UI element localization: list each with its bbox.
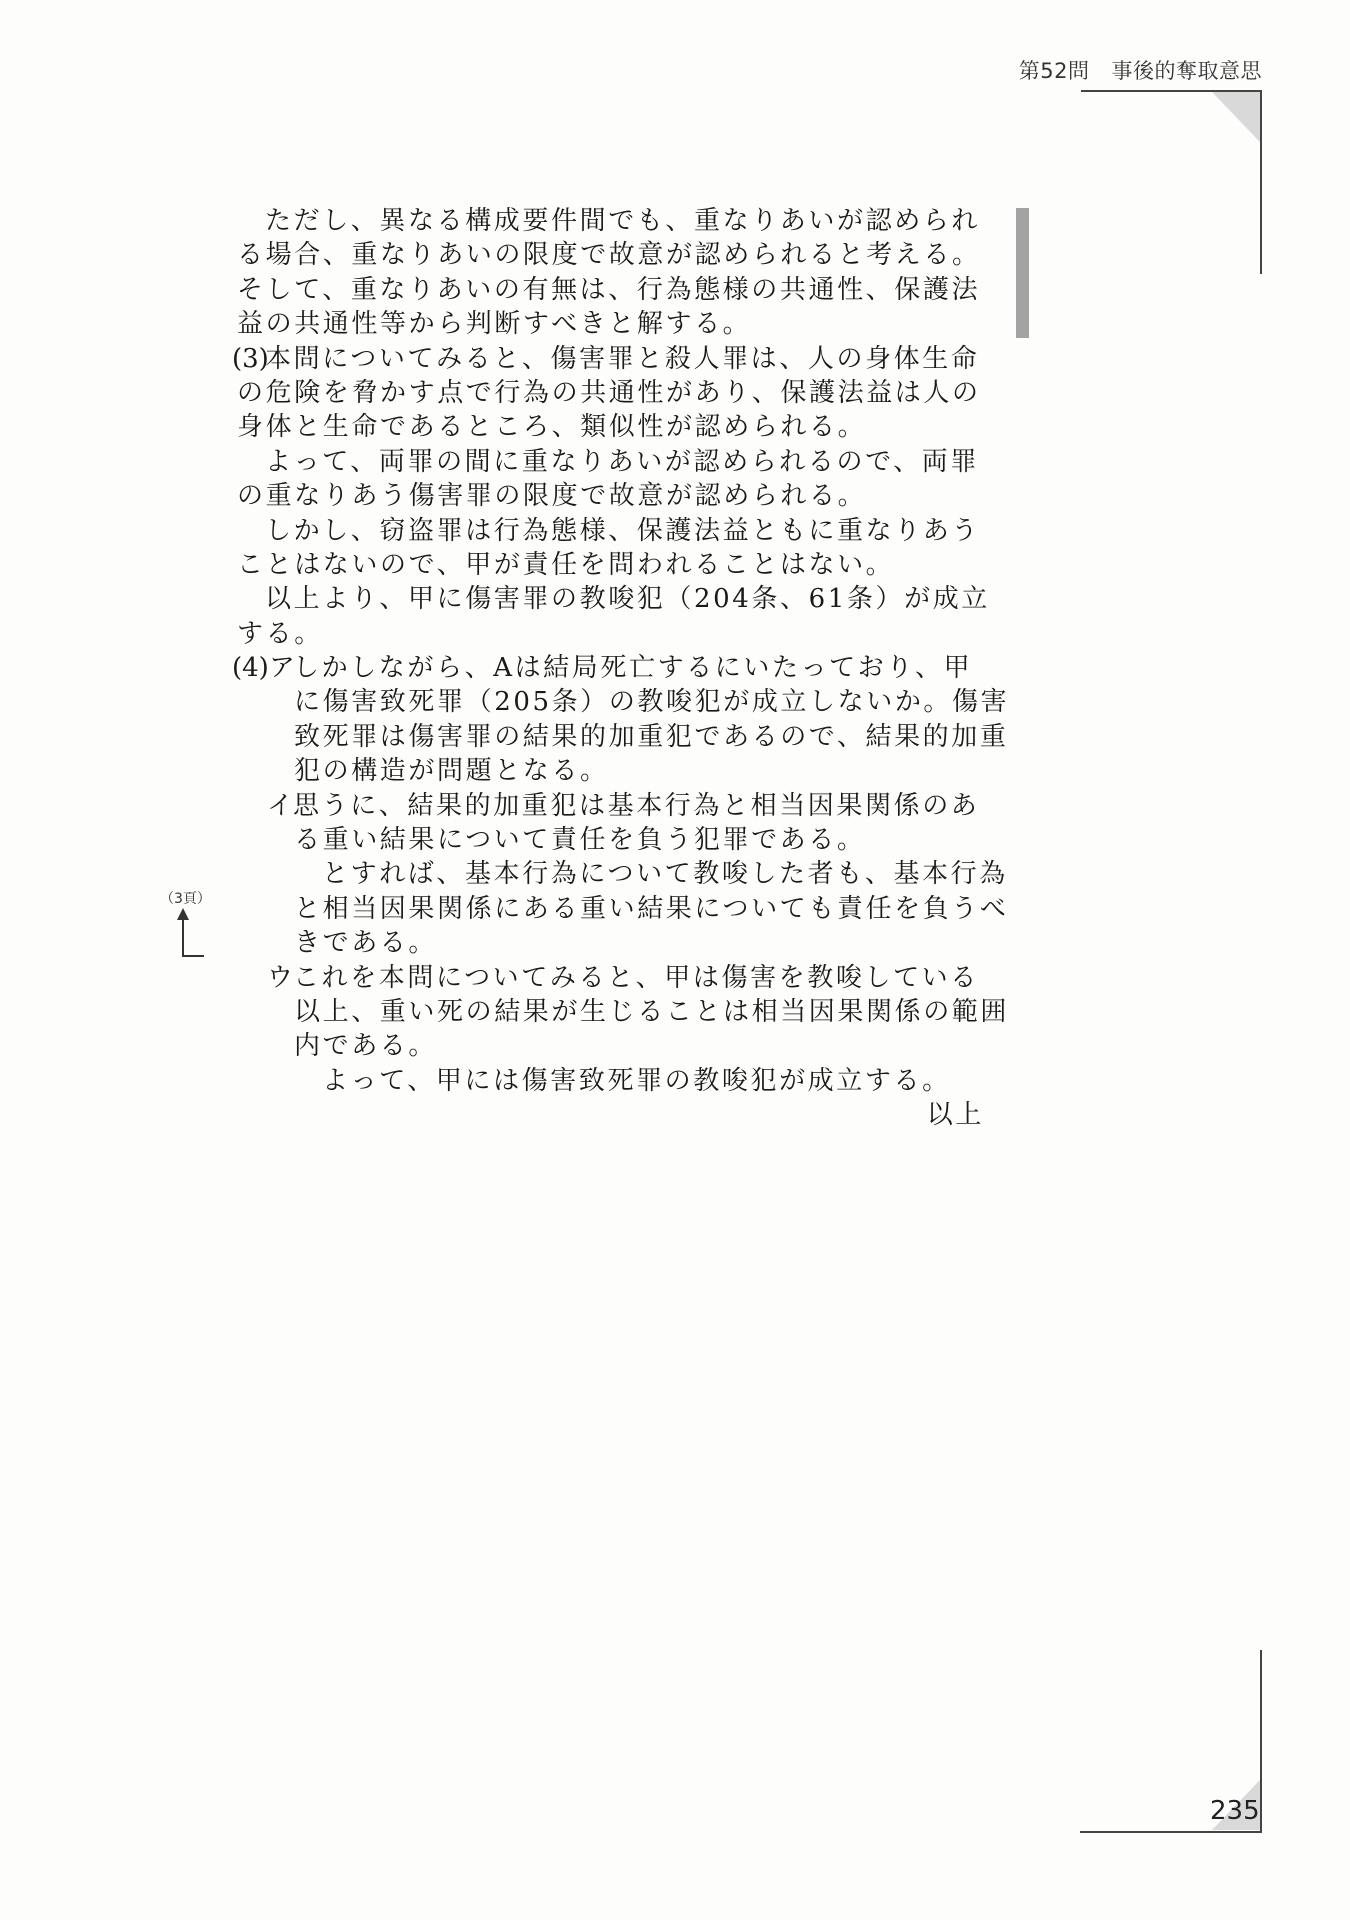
line-text: そして、重なりあいの有無は、行為態様の共通性、保護法 — [237, 275, 980, 305]
text-line: 身体と生命であるところ、類似性が認められる。 — [232, 410, 992, 444]
text-line: しかし、窃盗罪は行為態様、保護法益ともに重なりあう — [232, 514, 992, 548]
line-text: これを本問についてみると、甲は傷害を教唆している — [293, 963, 979, 993]
closing-mark: 以上 — [232, 1098, 992, 1132]
line-text: ことはないので、甲が責任を問われることはない。 — [237, 550, 894, 580]
text-line: イ思うに、結果的加重犯は基本行為と相当因果関係のあ — [232, 789, 992, 823]
chapter-header: 第52問事後的奪取意思 — [1019, 55, 1262, 85]
line-text: る重い結果について責任を負う犯罪である。 — [294, 825, 865, 855]
text-line: とすれば、基本行為について教唆した者も、基本行為 — [232, 857, 992, 891]
line-text: しかしながら、Aは結局死亡するにいたっており、甲 — [293, 653, 972, 683]
line-text: 身体と生命であるところ、類似性が認められる。 — [237, 412, 866, 442]
text-line: に傷害致死罪（205条）の教唆犯が成立しないか。傷害 — [232, 685, 992, 719]
text-line: る場合、重なりあいの限度で故意が認められると考える。 — [232, 238, 992, 272]
margin-page-reference: （3頁） — [160, 888, 211, 908]
text-line: よって、両罪の間に重なりあいが認められるので、両罪 — [232, 445, 992, 479]
text-line: そして、重なりあいの有無は、行為態様の共通性、保護法 — [232, 273, 992, 307]
line-text: の危険を脅かす点で行為の共通性があり、保護法益は人の — [237, 378, 981, 408]
text-line: 内である。 — [232, 1029, 992, 1063]
text-line: の危険を脅かす点で行為の共通性があり、保護法益は人の — [232, 376, 992, 410]
text-line: ことはないので、甲が責任を問われることはない。 — [232, 548, 992, 582]
margin-arrow-foot — [182, 955, 204, 957]
text-line: 以上より、甲に傷害罪の教唆犯（204条、61条）が成立 — [232, 582, 992, 616]
text-line: 致死罪は傷害罪の結果的加重犯であるので、結果的加重 — [232, 720, 992, 754]
paragraph-marker: イ — [267, 789, 293, 823]
section-side-bar — [1016, 208, 1029, 338]
line-text: 内である。 — [294, 1031, 437, 1061]
line-text: 犯の構造が問題となる。 — [294, 756, 609, 786]
line-text: る場合、重なりあいの限度で故意が認められると考える。 — [237, 240, 981, 270]
text-line: と相当因果関係にある重い結果についても責任を負うべ — [232, 892, 992, 926]
corner-triangle-top — [1212, 92, 1260, 142]
text-line: 益の共通性等から判断すべきと解する。 — [232, 307, 992, 341]
line-text: ただし、異なる構成要件間でも、重なりあいが認められ — [265, 206, 980, 236]
page-number: 235 — [1210, 1796, 1260, 1826]
line-text: よって、甲には傷害致死罪の教唆犯が成立する。 — [322, 1066, 951, 1096]
text-line: 犯の構造が問題となる。 — [232, 754, 992, 788]
paragraph-marker: (3) — [232, 342, 269, 376]
frame-bottom-right-border — [1260, 1650, 1262, 1832]
text-line: (3)本問についてみると、傷害罪と殺人罪は、人の身体生命 — [232, 342, 992, 376]
line-text: 致死罪は傷害罪の結果的加重犯であるので、結果的加重 — [294, 722, 1008, 752]
text-line: 以上、重い死の結果が生じることは相当因果関係の範囲 — [232, 995, 992, 1029]
line-text: よって、両罪の間に重なりあいが認められるので、両罪 — [265, 447, 979, 477]
line-text: 思うに、結果的加重犯は基本行為と相当因果関係のあ — [293, 791, 979, 821]
line-text: 以上より、甲に傷害罪の教唆犯（204条、61条）が成立 — [265, 584, 990, 614]
line-text: 以上、重い死の結果が生じることは相当因果関係の範囲 — [294, 997, 1009, 1027]
line-text: とすれば、基本行為について教唆した者も、基本行為 — [322, 859, 1008, 889]
text-line: ただし、異なる構成要件間でも、重なりあいが認められ — [232, 204, 992, 238]
frame-bottom-border — [1080, 1831, 1262, 1833]
line-text: 益の共通性等から判断すべきと解する。 — [237, 309, 751, 339]
paragraph-marker: ウ — [267, 961, 293, 995]
text-line: る重い結果について責任を負う犯罪である。 — [232, 823, 992, 857]
question-number: 第52問 — [1019, 59, 1090, 83]
text-line: きである。 — [232, 926, 992, 960]
paragraph-marker: (4)ア — [232, 651, 295, 685]
text-line: の重なりあう傷害罪の限度で故意が認められる。 — [232, 479, 992, 513]
text-line: よって、甲には傷害致死罪の教唆犯が成立する。 — [232, 1064, 992, 1098]
frame-top-right-border — [1260, 90, 1262, 274]
margin-arrow-line — [182, 916, 184, 956]
answer-body: ただし、異なる構成要件間でも、重なりあいが認められる場合、重なりあいの限度で故意… — [232, 204, 992, 1133]
line-text: の重なりあう傷害罪の限度で故意が認められる。 — [237, 481, 866, 511]
text-line: ウこれを本問についてみると、甲は傷害を教唆している — [232, 961, 992, 995]
text-line: する。 — [232, 617, 992, 651]
line-text: きである。 — [294, 928, 437, 958]
line-text: する。 — [237, 619, 323, 649]
line-text: と相当因果関係にある重い結果についても責任を負うべ — [294, 894, 1008, 924]
question-title: 事後的奪取意思 — [1112, 59, 1263, 83]
line-text: しかし、窃盗罪は行為態様、保護法益ともに重なりあう — [265, 516, 980, 546]
line-text: 本問についてみると、傷害罪と殺人罪は、人の身体生命 — [265, 344, 979, 374]
text-line: (4)アしかしながら、Aは結局死亡するにいたっており、甲 — [232, 651, 992, 685]
line-text: に傷害致死罪（205条）の教唆犯が成立しないか。傷害 — [294, 687, 1009, 717]
